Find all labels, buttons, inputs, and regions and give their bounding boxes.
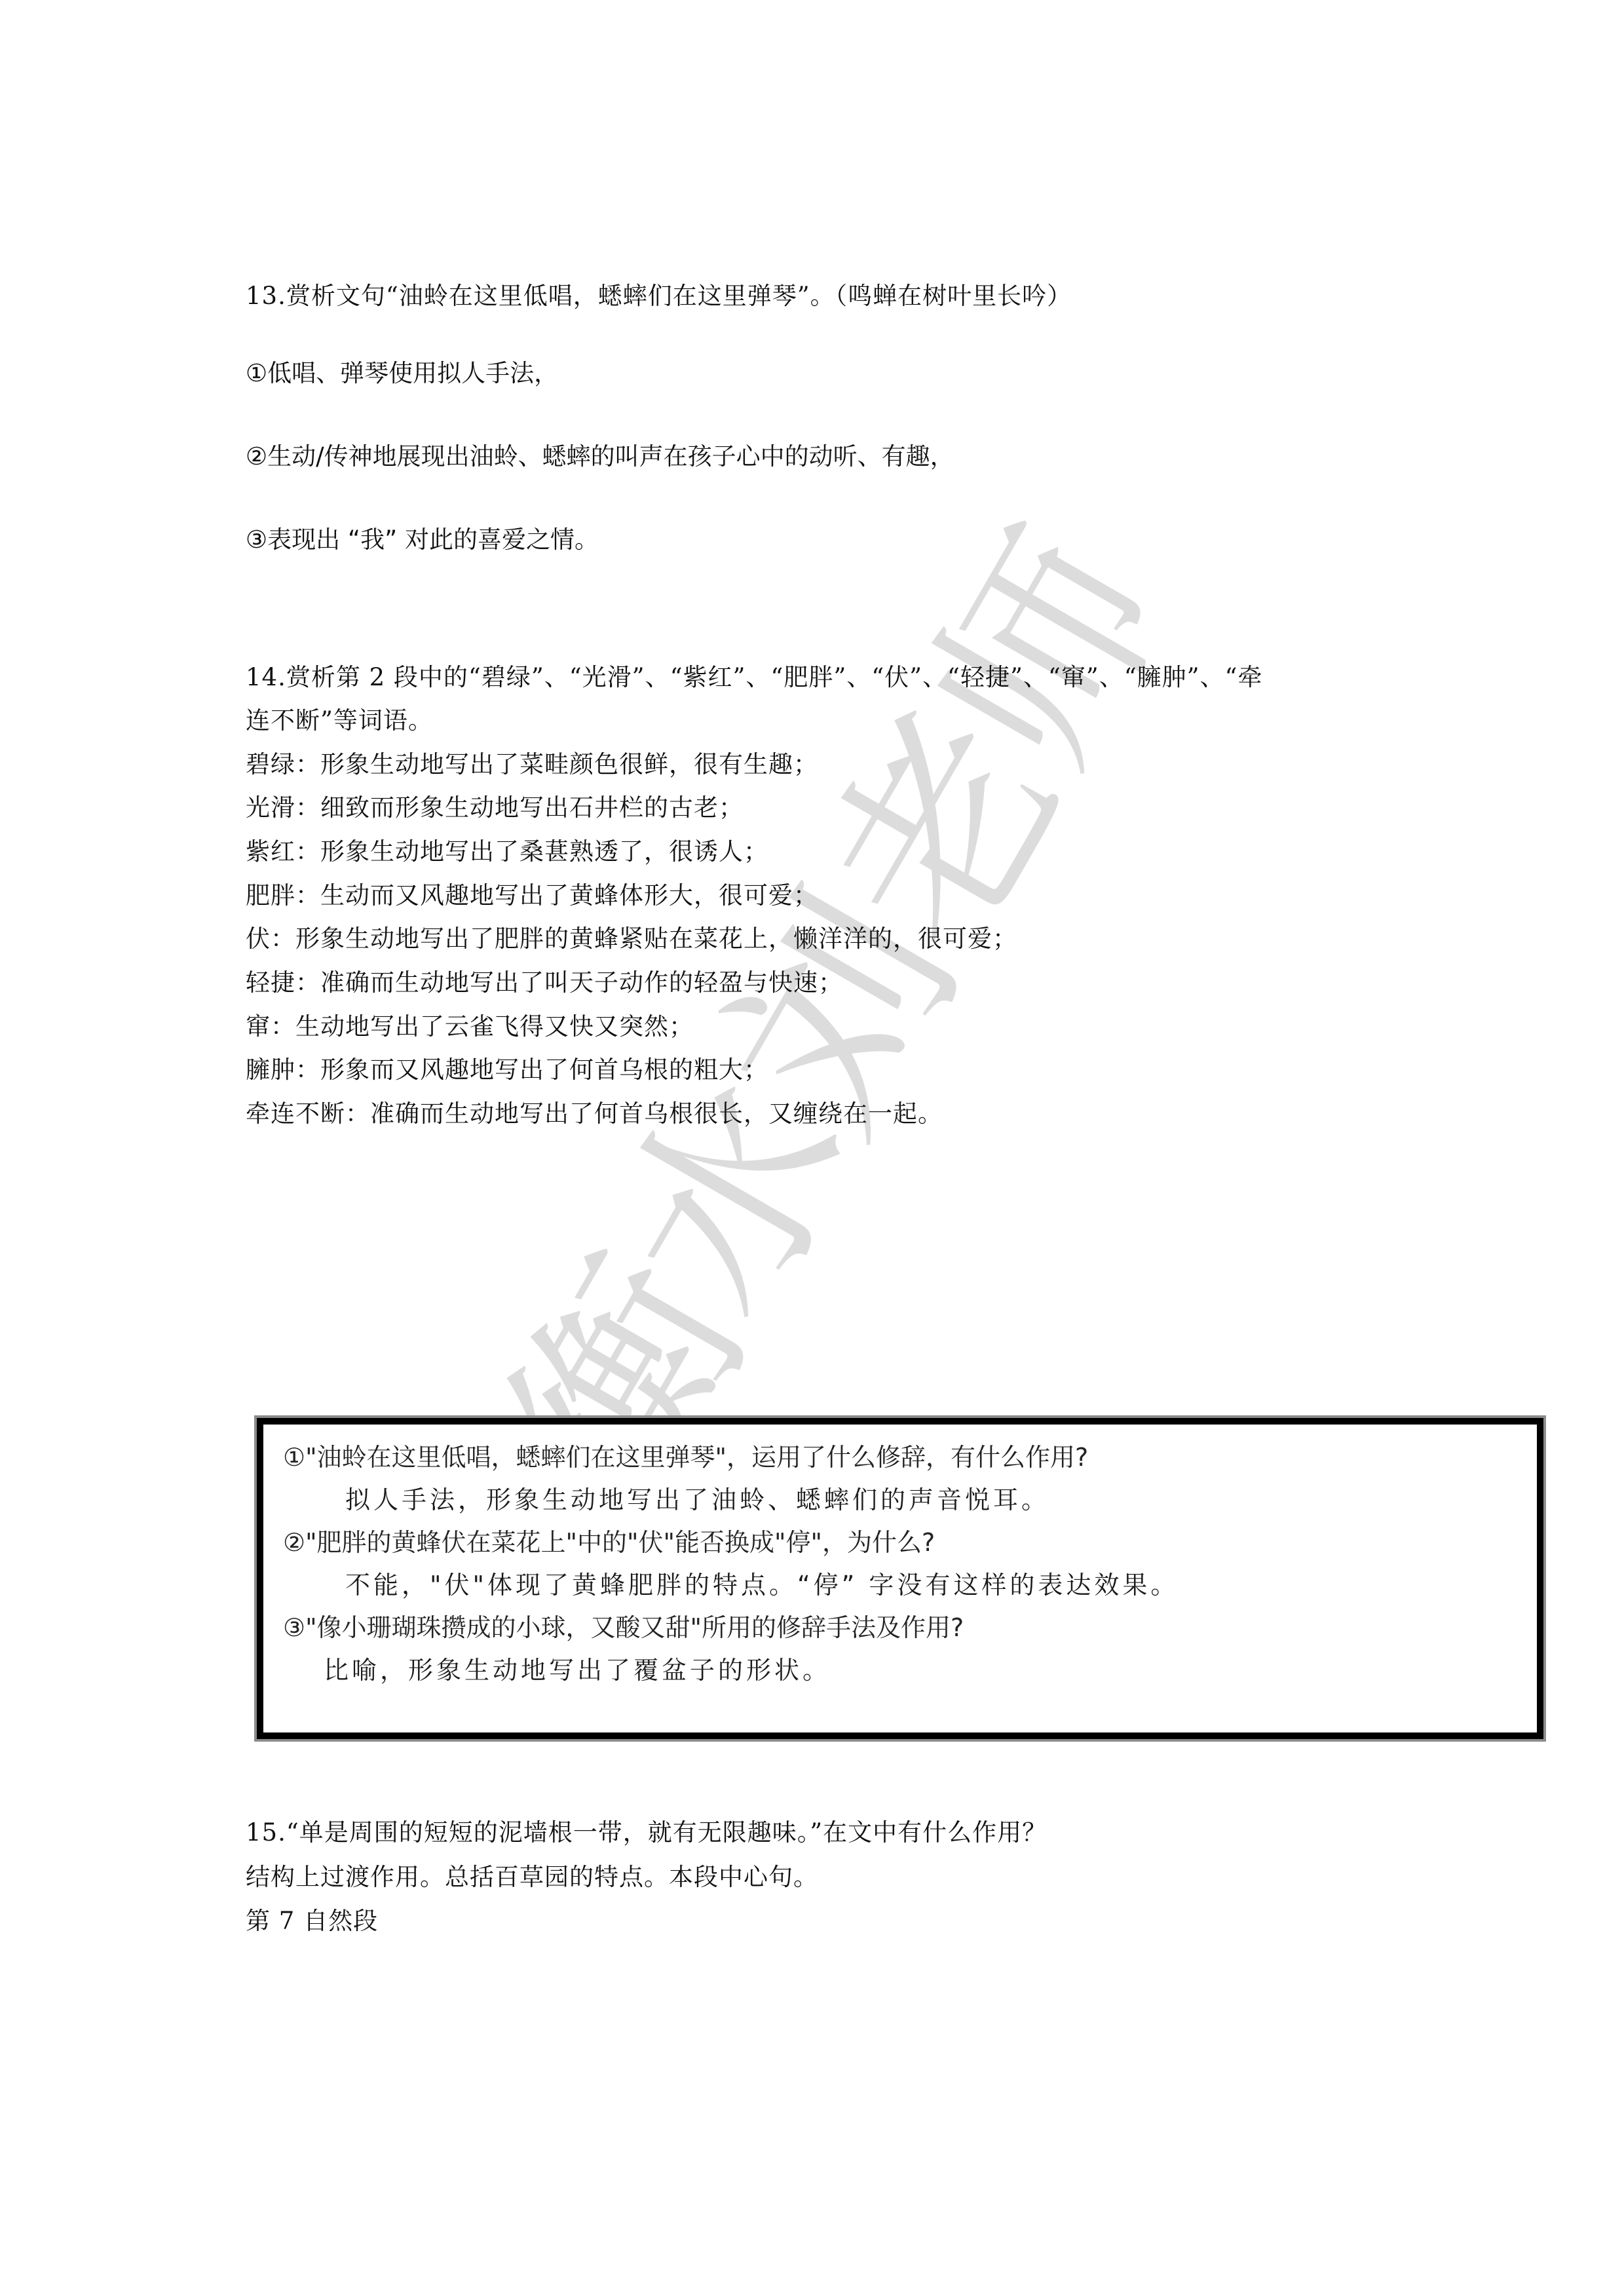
figure-question-3: ③"像小珊瑚珠攒成的小球，又酸又甜"所用的修辞手法及作用? <box>283 1607 1537 1649</box>
q14-answer-yongzhong: 臃肿：形象而又风趣地写出了何首乌根的粗大； <box>246 1056 768 1084</box>
q14-answer-zihong: 紫红：形象生动地写出了桑葚熟透了，很诱人； <box>246 837 768 866</box>
q14-answer-cuan: 窜：生动地写出了云雀飞得又快又突然； <box>246 1012 694 1041</box>
q14-answer-biluu: 碧绿：形象生动地写出了菜畦颜色很鲜，很有生趣； <box>246 750 818 779</box>
q14-answer-fu: 伏：形象生动地写出了肥胖的黄蜂紧贴在菜花上，懒洋洋的，很可爱； <box>246 925 1017 953</box>
q15-question: 15.“单是周围的短短的泥墙根一带，就有无限趣味。”在文中有什么作用？ <box>246 1818 1047 1847</box>
q13-question: 13.赏析文句“油蛉在这里低唱，蟋蟀们在这里弹琴”。（鸣蝉在树叶里长吟） <box>246 282 1072 311</box>
figure-answer-1: 拟人手法，形象生动地写出了油蛉、蟋蟀们的声音悦耳。 <box>283 1479 1537 1521</box>
q14-question-line2: 连不断”等词语。 <box>246 706 433 735</box>
q14-answer-qianlianbuduan: 牵连不断：准确而生动地写出了何首乌根很长，又缠绕在一起。 <box>246 1100 943 1128</box>
q13-answer-1: ①低唱、弹琴使用拟人手法， <box>246 359 558 388</box>
q14-answer-feipang: 肥胖：生动而又风趣地写出了黄蜂体形大，很可爱； <box>246 881 818 910</box>
figure-frame: ①"油蛉在这里低唱，蟋蟀们在这里弹琴"，运用了什么修辞，有什么作用? 拟人手法，… <box>257 1418 1543 1739</box>
q15-note: 第 7 自然段 <box>246 1907 378 1936</box>
figure-answer-2: 不能，"伏"体现了黄蜂肥胖的特点。“停” 字没有这样的表达效果。 <box>283 1564 1537 1607</box>
q14-answer-qingjie: 轻捷：准确而生动地写出了叫天子动作的轻盈与快速； <box>246 968 843 997</box>
q13-answer-3: ③表现出 “我” 对此的喜爱之情。 <box>246 526 599 554</box>
q14-question-line1: 14.赏析第 2 段中的“碧绿”、“光滑”、“紫红”、“肥胖”、“伏”、“轻捷”… <box>246 663 1262 692</box>
figure-answer-3: 比喻，形象生动地写出了覆盆子的形状。 <box>283 1649 1537 1692</box>
q13-answer-2: ②生动/传神地展现出油蛉、蟋蟀的叫声在孩子心中的动听、有趣， <box>246 442 954 471</box>
figure-question-1: ①"油蛉在这里低唱，蟋蟀们在这里弹琴"，运用了什么修辞，有什么作用? <box>283 1436 1537 1479</box>
q15-answer: 结构上过渡作用。总括百草园的特点。本段中心句。 <box>246 1863 818 1892</box>
figure-question-2: ②"肥胖的黄蜂伏在菜花上"中的"伏"能否换成"停"，为什么? <box>283 1521 1537 1564</box>
embedded-qa-figure: ①"油蛉在这里低唱，蟋蟀们在这里弹琴"，运用了什么修辞，有什么作用? 拟人手法，… <box>254 1415 1546 1742</box>
q14-answer-guanghua: 光滑：细致而形象生动地写出石井栏的古老； <box>246 794 744 822</box>
